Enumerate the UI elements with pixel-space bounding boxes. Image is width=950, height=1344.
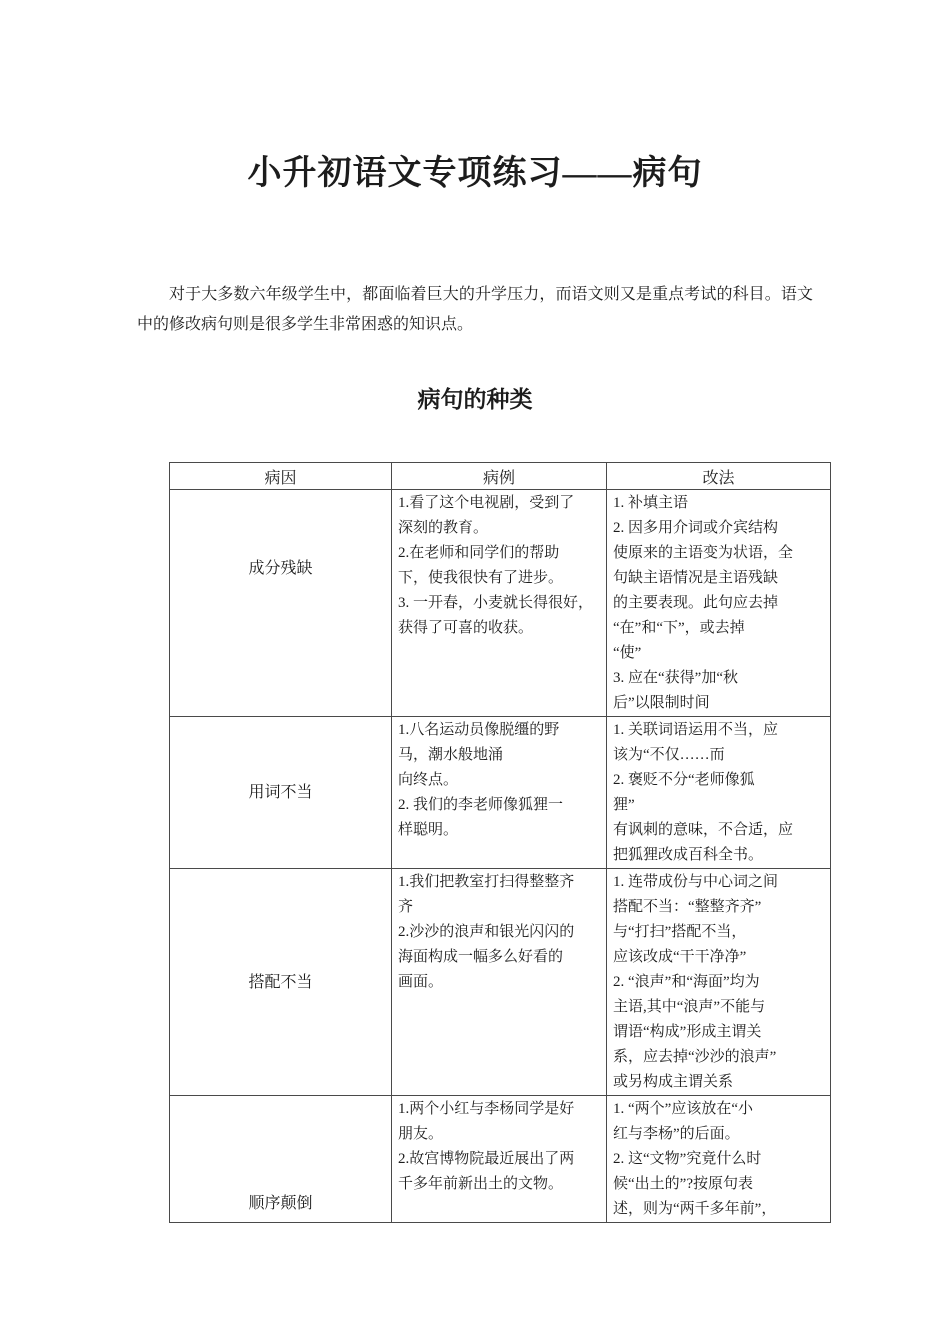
table-row: 搭配不当 1.我们把教室打扫得整整齐 齐 2.沙沙的浪声和银光闪闪的 海面构成一… — [170, 869, 831, 1096]
fix-cell: 1. “两个”应该放在“小 红与李杨”的后面。 2. 这“文物”究竟什么时 候“… — [607, 1096, 831, 1223]
document-page: 小升初语文专项练习——病句 对于大多数六年级学生中，都面临着巨大的升学压力，而语… — [0, 0, 950, 1344]
example-cell: 1.两个小红与李杨同学是好 朋友。 2.故宫博物院最近展出了两 千多年前新出土的… — [392, 1096, 607, 1223]
table-header-row: 病因 病例 改法 — [170, 463, 831, 490]
fix-cell: 1. 补填主语 2. 因多用介词或介宾结构 使原来的主语变为状语，全 句缺主语情… — [607, 490, 831, 717]
header-cell-fix: 改法 — [607, 463, 831, 490]
header-cell-cause: 病因 — [170, 463, 392, 490]
table-row: 成分残缺 1.看了这个电视剧，受到了 深刻的教育。 2.在老师和同学们的帮助 下… — [170, 490, 831, 717]
example-cell: 1.我们把教室打扫得整整齐 齐 2.沙沙的浪声和银光闪闪的 海面构成一幅多么好看… — [392, 869, 607, 1096]
cause-cell: 用词不当 — [170, 717, 392, 869]
cause-cell: 顺序颠倒 — [170, 1096, 392, 1223]
example-cell: 1.八名运动员像脱缰的野 马，潮水般地涌 向终点。 2. 我们的李老师像狐狸一 … — [392, 717, 607, 869]
fix-cell: 1. 连带成份与中心词之间 搭配不当：“整整齐齐” 与“打扫”搭配不当， 应该改… — [607, 869, 831, 1096]
table-row: 用词不当 1.八名运动员像脱缰的野 马，潮水般地涌 向终点。 2. 我们的李老师… — [170, 717, 831, 869]
cause-cell: 成分残缺 — [170, 490, 392, 717]
fix-cell: 1. 关联词语运用不当，应 该为“不仅……而 2. 褒贬不分“老师像狐 狸” 有… — [607, 717, 831, 869]
table-row: 顺序颠倒 1.两个小红与李杨同学是好 朋友。 2.故宫博物院最近展出了两 千多年… — [170, 1096, 831, 1223]
intro-paragraph: 对于大多数六年级学生中，都面临着巨大的升学压力，而语文则又是重点考试的科目。语文… — [137, 280, 813, 340]
cause-cell: 搭配不当 — [170, 869, 392, 1096]
section-heading: 病句的种类 — [0, 384, 950, 414]
header-cell-example: 病例 — [392, 463, 607, 490]
example-cell: 1.看了这个电视剧，受到了 深刻的教育。 2.在老师和同学们的帮助 下，使我很快… — [392, 490, 607, 717]
error-types-table: 病因 病例 改法 成分残缺 1.看了这个电视剧，受到了 深刻的教育。 2.在老师… — [169, 462, 831, 1223]
document-title: 小升初语文专项练习——病句 — [0, 0, 950, 196]
